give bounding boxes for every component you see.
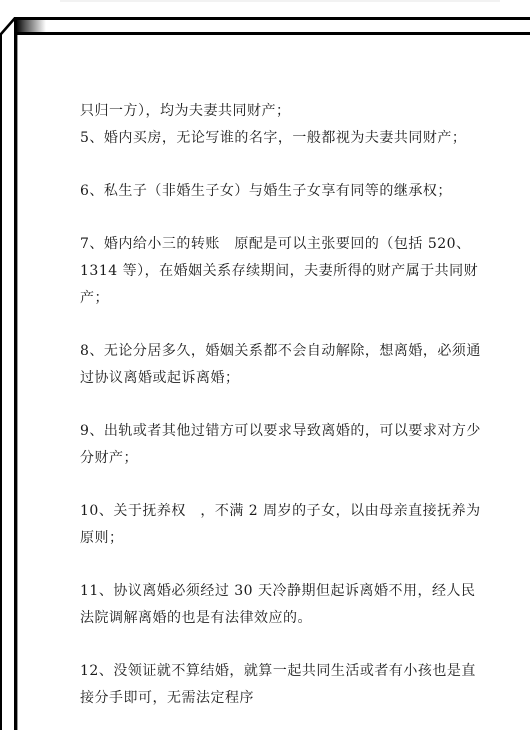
document-body: 只归一方），均为夫妻共同财产； 5、婚内买房，无论写谁的名字，一般都视为夫妻共同… xyxy=(80,98,490,712)
frame-outer-top-border xyxy=(14,17,530,20)
paragraph-10: 10、关于抚养权 ，不满 2 周岁的子女，以由母亲直接抚养为原则； xyxy=(80,498,490,552)
frame-inner-top-border xyxy=(14,32,530,35)
paragraph-12: 12、没领证就不算结婚，就算一起共同生活或者有小孩也是直接分手即可，无需法定程序 xyxy=(80,658,490,712)
frame-corner-gradient xyxy=(16,20,46,32)
frame-left-shade xyxy=(17,35,18,730)
frame-outer-left-border xyxy=(0,33,2,730)
paragraph-5: 5、婚内买房，无论写谁的名字，一般都视为夫妻共同财产； xyxy=(80,125,490,152)
paragraph-4-tail: 只归一方），均为夫妻共同财产； xyxy=(80,98,490,125)
paragraph-11: 11、协议离婚必须经过 30 天冷静期但起诉离婚不用，经人民法院调解离婚的也是有… xyxy=(80,578,490,632)
paragraph-6: 6、私生子（非婚生子女）与婚生子女享有同等的继承权； xyxy=(80,178,490,205)
top-edge-shadow xyxy=(60,0,500,2)
paragraph-7: 7、婚内给小三的转账 原配是可以主张要回的（包括 520、1314 等），在婚姻… xyxy=(80,231,490,312)
paragraph-8: 8、无论分居多久，婚姻关系都不会自动解除，想离婚，必须通过协议离婚或起诉离婚； xyxy=(80,338,490,392)
paragraph-9: 9、出轨或者其他过错方可以要求导致离婚的，可以要求对方少分财产； xyxy=(80,418,490,472)
